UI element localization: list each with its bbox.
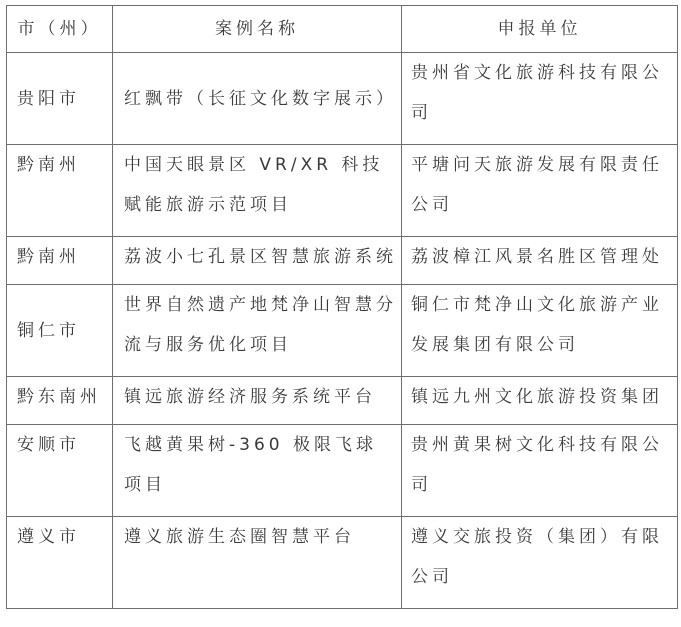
cell-case-name: 中国天眼景区 VR/XR 科技赋能旅游示范项目 <box>113 145 402 237</box>
header-city: 市（州） <box>7 6 113 53</box>
cell-case-name: 世界自然遗产地梵净山智慧分流与服务优化项目 <box>113 285 402 377</box>
cell-case-name: 镇远旅游经济服务系统平台 <box>113 377 402 425</box>
table-header-row: 市（州） 案例名称 申报单位 <box>7 6 678 53</box>
cell-case-name: 飞越黄果树-360 极限飞球项目 <box>113 425 402 517</box>
case-table: 市（州） 案例名称 申报单位 贵阳市 红飘带（长征文化数字展示） 贵州省文化旅游… <box>6 5 678 609</box>
table-row: 黔南州 中国天眼景区 VR/XR 科技赋能旅游示范项目 平塘问天旅游发展有限责任… <box>7 145 678 237</box>
table-row: 黔东南州 镇远旅游经济服务系统平台 镇远九州文化旅游投资集团 <box>7 377 678 425</box>
cell-case-name: 荔波小七孔景区智慧旅游系统 <box>113 237 402 285</box>
cell-unit: 贵州黄果树文化科技有限公司 <box>402 425 678 517</box>
cell-unit: 荔波樟江风景名胜区管理处 <box>402 237 678 285</box>
cell-city: 铜仁市 <box>7 285 113 377</box>
cell-unit: 贵州省文化旅游科技有限公司 <box>402 53 678 145</box>
cell-city: 黔南州 <box>7 237 113 285</box>
table-row: 黔南州 荔波小七孔景区智慧旅游系统 荔波樟江风景名胜区管理处 <box>7 237 678 285</box>
cell-unit: 镇远九州文化旅游投资集团 <box>402 377 678 425</box>
cell-city: 遵义市 <box>7 517 113 609</box>
cell-city: 贵阳市 <box>7 53 113 145</box>
table-row: 贵阳市 红飘带（长征文化数字展示） 贵州省文化旅游科技有限公司 <box>7 53 678 145</box>
cell-city: 黔南州 <box>7 145 113 237</box>
cell-unit: 铜仁市梵净山文化旅游产业发展集团有限公司 <box>402 285 678 377</box>
cell-unit: 遵义交旅投资（集团）有限公司 <box>402 517 678 609</box>
cell-unit: 平塘问天旅游发展有限责任公司 <box>402 145 678 237</box>
cell-case-name: 遵义旅游生态圈智慧平台 <box>113 517 402 609</box>
scan-gap-mark <box>104 580 110 596</box>
table-row: 安顺市 飞越黄果树-360 极限飞球项目 贵州黄果树文化科技有限公司 <box>7 425 678 517</box>
cell-city: 安顺市 <box>7 425 113 517</box>
cell-city: 黔东南州 <box>7 377 113 425</box>
cell-case-name: 红飘带（长征文化数字展示） <box>113 53 402 145</box>
header-case-name: 案例名称 <box>113 6 402 53</box>
table-row: 铜仁市 世界自然遗产地梵净山智慧分流与服务优化项目 铜仁市梵净山文化旅游产业发展… <box>7 285 678 377</box>
header-unit: 申报单位 <box>402 6 678 53</box>
